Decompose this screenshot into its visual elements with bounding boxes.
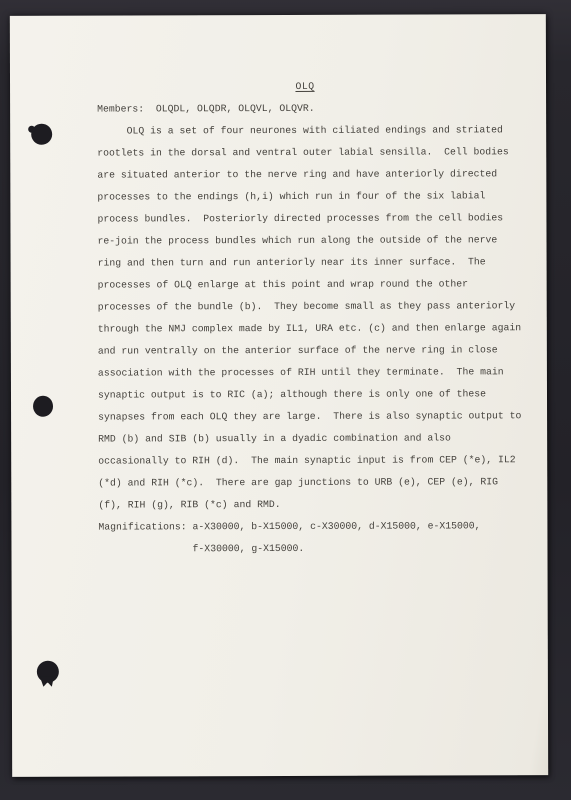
- text-line: Members: OLQDL, OLQDR, OLQVL, OLQVR.: [97, 97, 513, 120]
- hole-punch: [33, 396, 53, 417]
- text-line: occasionally to RIH (d). The main synapt…: [98, 449, 514, 472]
- text-line: processes of the bundle (b). They become…: [98, 295, 514, 318]
- document-page: OLQ Members: OLQDL, OLQDR, OLQVL, OLQVR.…: [10, 14, 548, 777]
- text-line: and run ventrally on the anterior surfac…: [98, 339, 514, 362]
- page-title: OLQ: [97, 75, 513, 98]
- hole-punch: [31, 124, 52, 145]
- text-line: processes to the endings (h,i) which run…: [97, 185, 513, 208]
- text-line: re-join the process bundles which run al…: [97, 229, 513, 252]
- text-line: rootlets in the dorsal and ventral outer…: [97, 141, 513, 164]
- text-line: Magnifications: a-X30000, b-X15000, c-X3…: [98, 515, 514, 538]
- text-line: processes of OLQ enlarge at this point a…: [98, 273, 514, 296]
- text-line: (f), RIH (g), RIB (*c) and RMD.: [98, 493, 514, 516]
- text-line: (*d) and RIH (*c). There are gap junctio…: [98, 471, 514, 494]
- text-line: association with the processes of RIH un…: [98, 361, 514, 384]
- document-text: OLQ Members: OLQDL, OLQDR, OLQVL, OLQVR.…: [97, 75, 515, 560]
- text-line: ring and then turn and run anteriorly ne…: [98, 251, 514, 274]
- text-line: synapses from each OLQ they are large. T…: [98, 405, 514, 428]
- hole-punch: [37, 661, 59, 683]
- scan-background: OLQ Members: OLQDL, OLQDR, OLQVL, OLQVR.…: [0, 0, 571, 800]
- text-line: f-X30000, g-X15000.: [98, 537, 514, 560]
- text-line: are situated anterior to the nerve ring …: [97, 163, 513, 186]
- text-line: process bundles. Posteriorly directed pr…: [97, 207, 513, 230]
- text-line: OLQ is a set of four neurones with cilia…: [97, 119, 513, 142]
- text-line: through the NMJ complex made by IL1, URA…: [98, 317, 514, 340]
- text-line: RMD (b) and SIB (b) usually in a dyadic …: [98, 427, 514, 450]
- text-line: synaptic output is to RIC (a); although …: [98, 383, 514, 406]
